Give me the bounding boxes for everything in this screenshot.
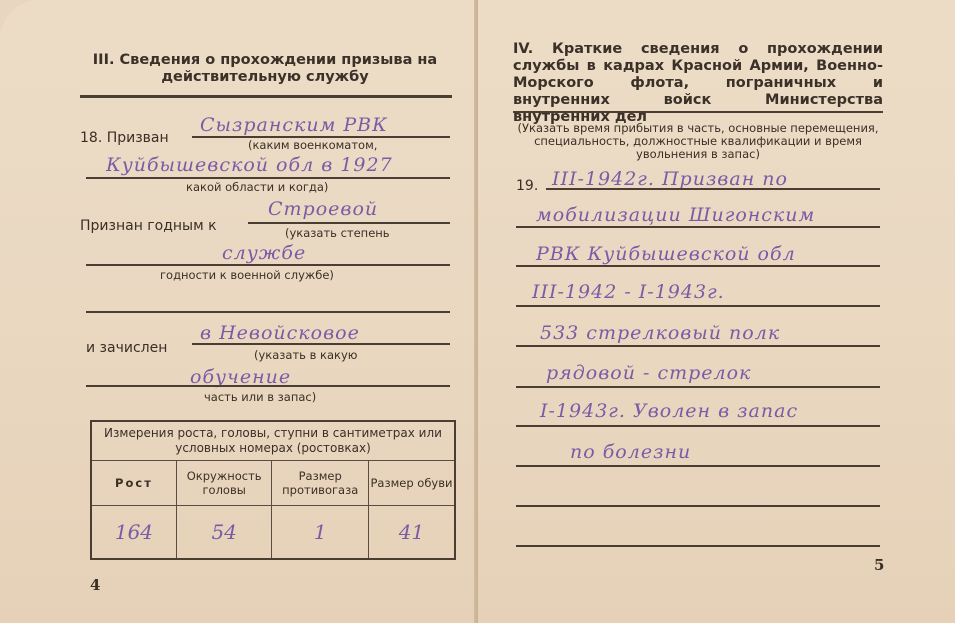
fit-hint-2: годности к военной службе): [160, 268, 334, 282]
entry-rule-4: [516, 305, 880, 307]
entry-rule-5: [516, 345, 880, 347]
left-page: III. Сведения о прохождении призыва на д…: [0, 0, 478, 623]
field-18-value-2: Куйбышевской обл в 1927: [106, 154, 393, 176]
instructions-note: (Указать время прибытия в часть, основны…: [511, 122, 885, 161]
enrolled-line-1: [192, 343, 450, 345]
entry-line-1: III-1942г. Призван по: [552, 168, 788, 190]
enrolled-label: и зачислен: [86, 340, 167, 356]
header-head-circumference: Окружность головы: [176, 461, 272, 506]
entry-rule-6: [516, 386, 880, 388]
entry-line-3: РВК Куйбышевской обл: [536, 243, 796, 265]
right-page: IV. Краткие сведения о прохождении служб…: [478, 0, 955, 623]
field-18-value-1: Сызранским РВК: [200, 114, 388, 136]
value-height: 164: [91, 506, 176, 560]
entry-line-8: по болезни: [570, 441, 691, 463]
entry-rule-1: [546, 188, 880, 190]
value-gas-mask-size: 1: [272, 506, 369, 560]
section-iii-title: III. Сведения о прохождении призыва на д…: [80, 52, 450, 86]
fit-line-1: [248, 222, 450, 224]
entry-line-2: мобилизации Шигонским: [536, 204, 815, 226]
fit-hint-1: (указать степень: [285, 226, 390, 240]
entry-rule-2: [516, 226, 880, 228]
field-19-label: 19.: [516, 178, 538, 194]
fit-line-2: [86, 264, 450, 266]
header-gas-mask-size: Размер противогаза: [272, 461, 369, 506]
fit-label: Признан годным к: [80, 218, 217, 234]
entry-line-5: 533 стрелковый полк: [540, 322, 780, 344]
value-head-circumference: 54: [176, 506, 272, 560]
entry-rule-8: [516, 465, 880, 467]
entry-line-6: рядовой - стрелок: [546, 362, 751, 384]
entry-line-7: I-1943г. Уволен в запас: [540, 400, 798, 422]
field-18-line-2: [86, 177, 450, 179]
measurements-table: Измерения роста, головы, ступни в сантим…: [90, 420, 456, 560]
header-height: Рост: [91, 461, 176, 506]
page-number-right: 5: [874, 556, 884, 574]
entry-rule-7: [516, 425, 880, 427]
enrolled-value-1: в Невойсковое: [200, 322, 360, 344]
fit-value-2: службе: [222, 242, 306, 264]
field-18-hint-1: (каким военкоматом,: [248, 138, 377, 152]
header-shoe-size: Размер обуви: [368, 461, 455, 506]
entry-rule-9: [516, 505, 880, 507]
title-divider-right: [513, 111, 883, 113]
blank-line: [86, 311, 450, 313]
enrolled-hint-2: часть или в запас): [204, 390, 316, 404]
page-number-left: 4: [90, 576, 100, 594]
enrolled-line-2: [86, 385, 450, 387]
enrolled-hint-1: (указать в какую: [254, 348, 357, 362]
field-18-hint-2: какой области и когда): [186, 180, 328, 194]
entry-rule-3: [516, 265, 880, 267]
title-divider: [80, 95, 452, 98]
value-shoe-size: 41: [368, 506, 455, 560]
entry-rule-10: [516, 545, 880, 547]
entry-line-4: III-1942 - I-1943г.: [532, 281, 725, 303]
fit-value-1: Строевой: [268, 198, 378, 220]
section-iv-title: IV. Краткие сведения о прохождении служб…: [513, 41, 883, 126]
measurements-caption: Измерения роста, головы, ступни в сантим…: [91, 421, 455, 461]
field-18-label: 18. Призван: [80, 130, 169, 146]
